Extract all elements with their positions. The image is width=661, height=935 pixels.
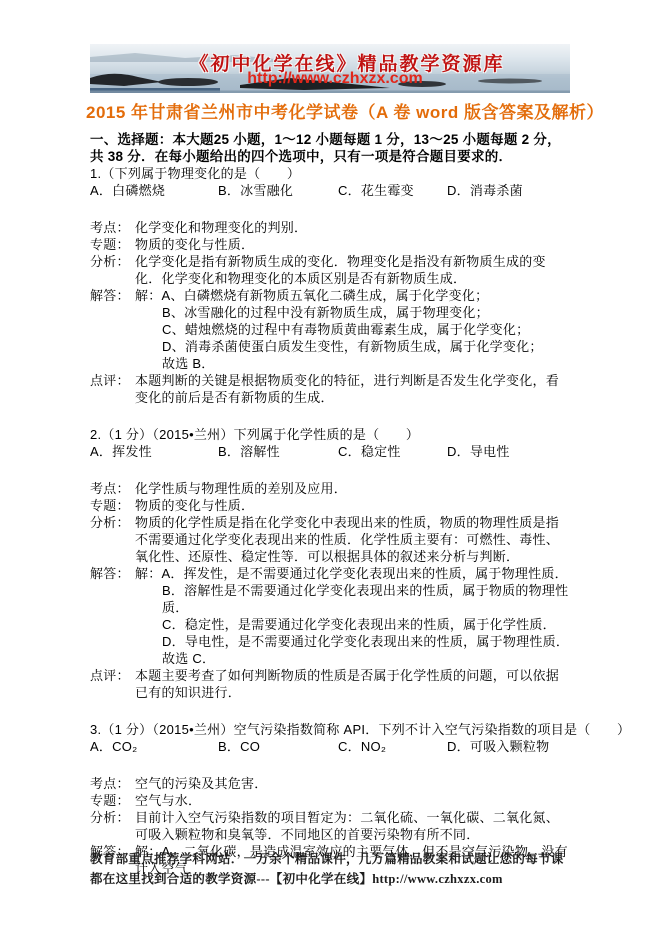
option-d: D．消毒杀菌 <box>447 182 571 199</box>
dianping-row: 点评： 本题主要考查了如何判断物质的性质是否属于化学性质的问题，可以依据已有的知… <box>90 667 571 701</box>
zhuanti-row: 专题： 物质的变化与性质． <box>90 236 571 253</box>
zhuanti-text: 物质的变化与性质． <box>135 236 571 253</box>
jieda-line: D．导电性，是不需要通过化学变化表现出来的性质，属于物理性质． <box>135 633 571 650</box>
fenxi-row: 分析： 物质的化学性质是指在化学变化中表现出来的性质，物质的物理性质是指不需要通… <box>90 514 571 565</box>
banner-site-url: http://www.czhxzx.com <box>90 70 570 88</box>
option-d: D．导电性 <box>447 443 571 460</box>
jieda-row: 解答： 解：A．挥发性，是不需要通过化学变化表现出来的性质，属于物理性质． B．… <box>90 565 571 667</box>
dianping-row: 点评： 本题判断的关键是根据物质变化的特征，进行判断是否发生化学变化，看变化的前… <box>90 372 571 406</box>
question-1: 1.（下列属于物理变化的是（ ） A．白磷燃烧 B．冰雪融化 C．花生霉变 D．… <box>90 165 571 406</box>
jieda-text: 解：A．挥发性，是不需要通过化学变化表现出来的性质，属于物理性质． B．溶解性是… <box>135 565 571 667</box>
site-footer: 教育部重点推荐学科网站．一万余个精品课件，几万篇精品教案和试题让您的每节课都在这… <box>90 849 571 889</box>
option-c: C．NO₂ <box>338 738 447 755</box>
option-d: D．可吸入颗粒物 <box>447 738 571 755</box>
option-b: B．CO <box>218 738 338 755</box>
question-2: 2.（1 分）（2015•兰州）下列属于化学性质的是（ ） A．挥发性 B．溶解… <box>90 426 571 701</box>
dianping-text: 本题判断的关键是根据物质变化的特征，进行判断是否发生化学变化，看变化的前后是否有… <box>135 372 571 406</box>
kaodian-row: 考点： 化学变化和物理变化的判别． <box>90 219 571 236</box>
kaodian-label: 考点： <box>90 219 135 236</box>
option-b: B．溶解性 <box>218 443 338 460</box>
jieda-line: 故选 C． <box>135 650 571 667</box>
jieda-line: B、冰雪融化的过程中没有新物质生成，属于物理变化； <box>135 304 571 321</box>
option-row: A．白磷燃烧 B．冰雪融化 C．花生霉变 D．消毒杀菌 <box>90 182 571 199</box>
fenxi-label: 分析： <box>90 514 135 565</box>
option-row: A．挥发性 B．溶解性 C．稳定性 D．导电性 <box>90 443 571 460</box>
jieda-line: 解：A．挥发性，是不需要通过化学变化表现出来的性质，属于物理性质． <box>135 565 571 582</box>
zhuanti-text: 物质的变化与性质． <box>135 497 571 514</box>
zhuanti-row: 专题： 空气与水． <box>90 792 571 809</box>
fenxi-label: 分析： <box>90 809 135 843</box>
option-b: B．冰雪融化 <box>218 182 338 199</box>
option-row: A．CO₂ B．CO C．NO₂ D．可吸入颗粒物 <box>90 738 571 755</box>
kaodian-text: 化学性质与物理性质的差别及应用． <box>135 480 571 497</box>
dianping-label: 点评： <box>90 372 135 406</box>
dianping-text: 本题主要考查了如何判断物质的性质是否属于化学性质的问题，可以依据已有的知识进行． <box>135 667 571 701</box>
kaodian-text: 化学变化和物理变化的判别． <box>135 219 571 236</box>
jieda-line: 故选 B． <box>135 355 571 372</box>
fenxi-text: 物质的化学性质是指在化学变化中表现出来的性质，物质的物理性质是指不需要通过化学变… <box>135 514 571 565</box>
fenxi-row: 分析： 目前计入空气污染指数的项目暂定为：二氧化硫、一氧化碳、二氧化氮、可吸入颗… <box>90 809 571 843</box>
blank-line <box>90 701 571 721</box>
jieda-text: 解：A、白磷燃烧有新物质五氧化二磷生成，属于化学变化； B、冰雪融化的过程中没有… <box>135 287 571 372</box>
option-c: C．花生霉变 <box>338 182 447 199</box>
option-c: C．稳定性 <box>338 443 447 460</box>
fenxi-text: 目前计入空气污染指数的项目暂定为：二氧化硫、一氧化碳、二氧化氮、可吸入颗粒物和臭… <box>135 809 571 843</box>
jieda-label: 解答： <box>90 565 135 667</box>
option-a: A．挥发性 <box>90 443 218 460</box>
option-a: A．白磷燃烧 <box>90 182 218 199</box>
zhuanti-text: 空气与水． <box>135 792 571 809</box>
kaodian-label: 考点： <box>90 480 135 497</box>
jieda-row: 解答： 解：A、白磷燃烧有新物质五氧化二磷生成，属于化学变化； B、冰雪融化的过… <box>90 287 571 372</box>
fenxi-text: 化学变化是指有新物质生成的变化．物理变化是指没有新物质生成的变化．化学变化和物理… <box>135 253 571 287</box>
jieda-line: 解：A、白磷燃烧有新物质五氧化二磷生成，属于化学变化； <box>135 287 571 304</box>
document-page: 《初中化学在线》精品教学资源库 http://www.czhxzx.com 20… <box>0 0 661 935</box>
zhuanti-label: 专题： <box>90 236 135 253</box>
jieda-line: B．溶解性是不需要通过化学变化表现出来的性质，属于物质的物理性质． <box>135 582 571 616</box>
jieda-line: D、消毒杀菌使蛋白质发生变性，有新物质生成，属于化学变化； <box>135 338 571 355</box>
kaodian-text: 空气的污染及其危害． <box>135 775 571 792</box>
fenxi-row: 分析： 化学变化是指有新物质生成的变化．物理变化是指没有新物质生成的变化．化学变… <box>90 253 571 287</box>
dianping-label: 点评： <box>90 667 135 701</box>
question-stem: 2.（1 分）（2015•兰州）下列属于化学性质的是（ ） <box>90 426 571 443</box>
site-banner: 《初中化学在线》精品教学资源库 http://www.czhxzx.com <box>90 44 570 93</box>
kaodian-label: 考点： <box>90 775 135 792</box>
page-title: 2015 年甘肃省兰州市中考化学试卷（A 卷 word 版含答案及解析） <box>86 98 575 123</box>
document-body: 一、选择题：本大题25 小题，1～12 小题每题 1 分，13～25 小题每题 … <box>90 131 571 877</box>
kaodian-row: 考点： 化学性质与物理性质的差别及应用． <box>90 480 571 497</box>
question-stem: 3.（1 分）（2015•兰州）空气污染指数简称 API．下列不计入空气污染指数… <box>90 721 571 738</box>
jieda-line: C、蜡烛燃烧的过程中有毒物质黄曲霉素生成，属于化学变化； <box>135 321 571 338</box>
option-a: A．CO₂ <box>90 738 218 755</box>
fenxi-label: 分析： <box>90 253 135 287</box>
blank-line <box>90 406 571 426</box>
jieda-line: C．稳定性，是需要通过化学变化表现出来的性质，属于化学性质． <box>135 616 571 633</box>
jieda-label: 解答： <box>90 287 135 372</box>
zhuanti-label: 专题： <box>90 497 135 514</box>
kaodian-row: 考点： 空气的污染及其危害． <box>90 775 571 792</box>
zhuanti-row: 专题： 物质的变化与性质． <box>90 497 571 514</box>
section-header: 一、选择题：本大题25 小题，1～12 小题每题 1 分，13～25 小题每题 … <box>90 131 571 165</box>
zhuanti-label: 专题： <box>90 792 135 809</box>
question-stem: 1.（下列属于物理变化的是（ ） <box>90 165 571 182</box>
